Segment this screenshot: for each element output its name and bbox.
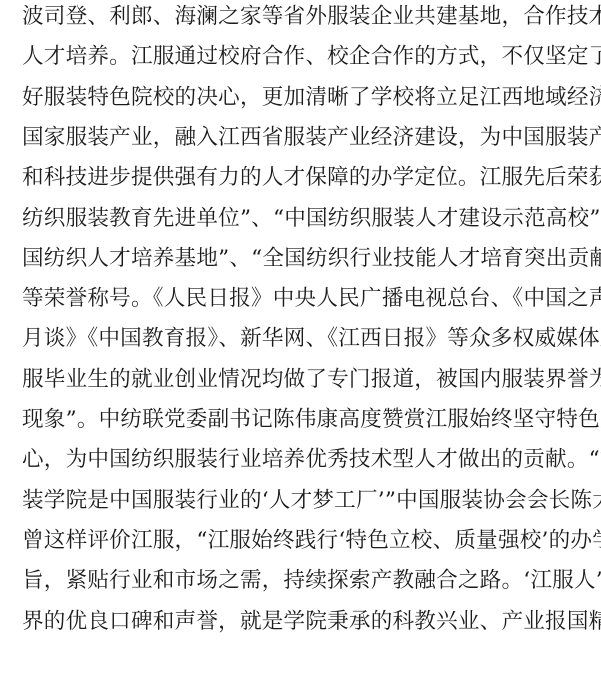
- text-line: 界的优良口碑和声誉，就是学院秉承的科教兴业、产业报国精神特质: [22, 605, 601, 647]
- text-line: 曾这样评价江服，“江服始终践行‘特色立校、质量强校’的办学宗: [22, 524, 601, 566]
- text-line: 现象”。中纺联党委副书记陈伟康高度赞赏江服始终坚守特色办学初: [22, 403, 601, 445]
- text-line: 国家服装产业，融入江西省服装产业经济建设，为中国服装产业发展: [22, 121, 601, 163]
- text-line: 旨，紧贴行业和市场之需，持续探索产教融合之路。‘江服人’在业: [22, 564, 601, 606]
- text-line: 好服装特色院校的决心，更加清晰了学校将立足江西地域经济，面向: [22, 81, 601, 123]
- text-line: 装学院是中国服装行业的‘人才梦工厂’”中国服装协会会长陈大鹏: [22, 484, 601, 526]
- text-line: 波司登、利郎、海澜之家等省外服装企业共建基地，合作技术研发和: [22, 0, 601, 42]
- text-line: 国纺织人才培养基地”、“全国纺织行业技能人才培育突出贡献单位”: [22, 242, 601, 284]
- text-line: 月谈》《中国教育报》、新华网、《江西日报》等众多权威媒体对江: [22, 322, 601, 364]
- text-line: 和科技进步提供强有力的人才保障的办学定位。江服先后荣获“全国: [22, 161, 601, 203]
- text-line: 等荣誉称号。《人民日报》中央人民广播电视总台、《中国之声》《半: [22, 282, 601, 324]
- text-line: 纺织服装教育先进单位”、“中国纺织服装人才建设示范高校”、“中: [22, 202, 601, 244]
- text-line: 人才培养。江服通过校府合作、校企合作的方式，不仅坚定了专注办: [22, 40, 601, 82]
- text-line: 心，为中国纺织服装行业培养优秀技术型人才做出的贡献。“江西服: [22, 443, 601, 485]
- text-line: 服毕业生的就业创业情况均做了专门报道，被国内服装界誉为“江服: [22, 363, 601, 405]
